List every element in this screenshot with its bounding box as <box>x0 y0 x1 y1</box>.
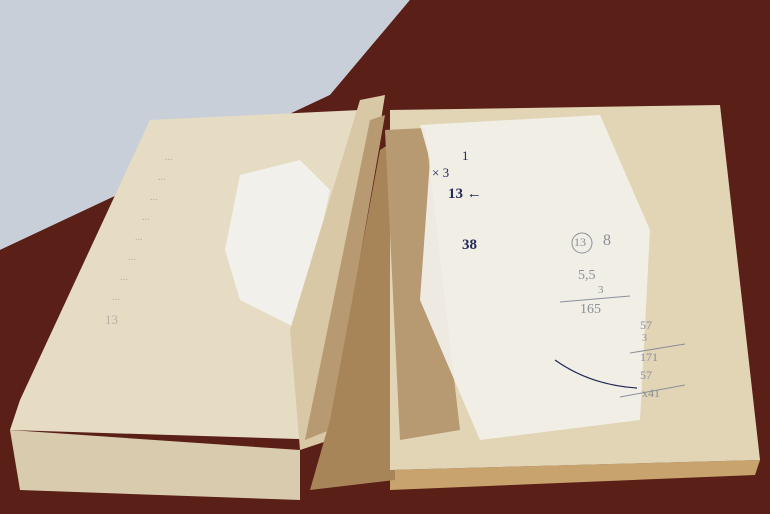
ink-digit-1: 1 <box>462 148 469 164</box>
left-page-line: ... <box>112 292 120 303</box>
ink-38: 38 <box>462 237 477 254</box>
pencil-3: 3 <box>598 284 604 296</box>
pencil-165: 165 <box>580 302 601 318</box>
left-page-line: ... <box>128 252 136 263</box>
ink-times-3: × 3 <box>432 165 449 181</box>
pencil-57: 57 <box>640 318 652 333</box>
left-page-line: ... <box>150 192 158 203</box>
book-photo <box>0 0 770 514</box>
pencil-8: 8 <box>603 232 611 250</box>
pencil-5-5: 5,5 <box>578 268 596 284</box>
left-page-line: ... <box>158 172 166 183</box>
left-page-line: ... <box>120 272 128 283</box>
left-page-13: 13 <box>105 312 118 328</box>
ink-13-arrow: 13 ← <box>448 186 482 203</box>
left-page-line: ... <box>165 152 173 163</box>
left-page-line: ... <box>142 212 150 223</box>
pencil-171: 171 <box>640 350 658 365</box>
pencil-57b: 57 <box>640 368 652 383</box>
photo-scene: 1 × 3 13 ← 38 13 8 5,5 3 165 57 3 171 57… <box>0 0 770 514</box>
pencil-x41: x41 <box>642 386 660 401</box>
pencil-3b: 3 <box>642 333 647 344</box>
left-page-line: ... <box>135 232 143 243</box>
pencil-circled-13: 13 <box>574 235 586 250</box>
